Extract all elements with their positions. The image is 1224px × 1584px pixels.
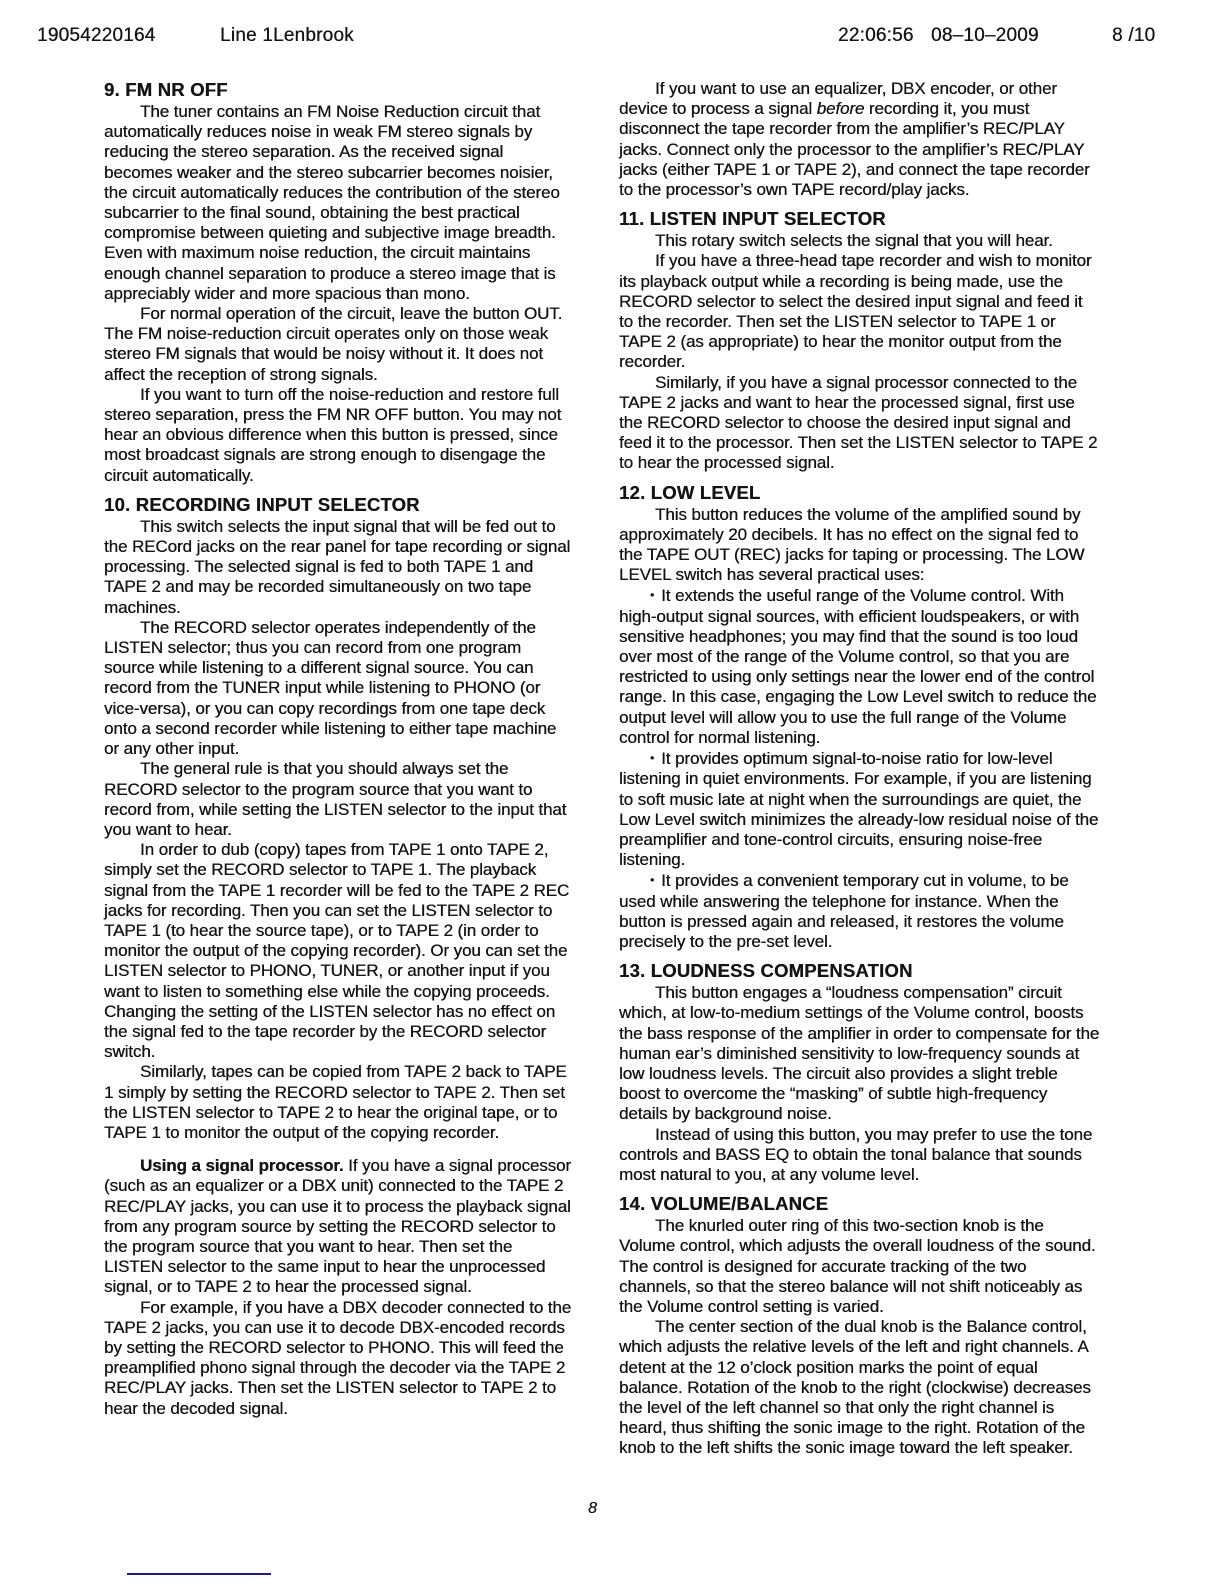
section-heading-12: 12. LOW LEVEL — [619, 482, 1100, 503]
bullet-icon: • — [650, 588, 654, 602]
paragraph: If you want to turn off the noise-reduct… — [104, 385, 575, 486]
timestamp-date: 08–10–2009 — [931, 25, 1039, 47]
bullet-text: It extends the useful range of the Volum… — [619, 586, 1096, 746]
paragraph: This switch selects the input signal tha… — [104, 517, 575, 618]
paragraph: For normal operation of the circuit, lea… — [104, 304, 575, 385]
bullet-icon: • — [650, 751, 654, 765]
paragraph: Similarly, if you have a signal processo… — [619, 373, 1100, 474]
paragraph: Similarly, tapes can be copied from TAPE… — [104, 1062, 575, 1143]
document-id: 19054220164 — [37, 25, 155, 47]
bullet-item: •It extends the useful range of the Volu… — [619, 585, 1100, 748]
paragraph: The RECORD selector operates independent… — [104, 618, 575, 759]
section-heading-13: 13. LOUDNESS COMPENSATION — [619, 960, 1100, 981]
page-number: 8 — [588, 1500, 597, 1518]
paragraph-equalizer: If you want to use an equalizer, DBX enc… — [619, 79, 1100, 200]
bullet-icon: • — [650, 873, 654, 887]
section-heading-11: 11. LISTEN INPUT SELECTOR — [619, 208, 1100, 229]
paragraph-text: If you have a signal processor (such as … — [104, 1156, 571, 1296]
italic-word: before — [817, 99, 865, 118]
manual-page: 19054220164 Line 1Lenbrook 22:06:56 08–1… — [0, 0, 1224, 1584]
bullet-text: It provides a convenient temporary cut i… — [619, 871, 1069, 951]
bullet-text: It provides optimum signal-to-noise rati… — [619, 749, 1098, 869]
section-heading-9: 9. FM NR OFF — [104, 79, 575, 100]
footer-rule — [127, 1573, 271, 1575]
paragraph: If you have a three-head tape recorder a… — [619, 251, 1100, 372]
paragraph: This button reduces the volume of the am… — [619, 505, 1100, 586]
paragraph: The tuner contains an FM Noise Reduction… — [104, 102, 575, 304]
right-column: If you want to use an equalizer, DBX enc… — [619, 79, 1100, 1459]
bullet-item: •It provides a convenient temporary cut … — [619, 870, 1100, 952]
section-heading-14: 14. VOLUME/BALANCE — [619, 1193, 1100, 1214]
section-heading-10: 10. RECORDING INPUT SELECTOR — [104, 494, 575, 515]
paragraph: Instead of using this button, you may pr… — [619, 1125, 1100, 1186]
line-label: Line 1Lenbrook — [220, 25, 354, 47]
left-column: 9. FM NR OFF The tuner contains an FM No… — [104, 79, 575, 1419]
paragraph: The knurled outer ring of this two-secti… — [619, 1216, 1100, 1317]
timestamp-time: 22:06:56 — [838, 25, 914, 47]
page-counter: 8 /10 — [1112, 25, 1155, 47]
paragraph: The center section of the dual knob is t… — [619, 1317, 1100, 1458]
paragraph: This button engages a “loudness compensa… — [619, 983, 1100, 1124]
paragraph: In order to dub (copy) tapes from TAPE 1… — [104, 840, 575, 1062]
bullet-item: •It provides optimum signal-to-noise rat… — [619, 748, 1100, 870]
paragraph-signal-processor: Using a signal processor. If you have a … — [104, 1156, 575, 1297]
paragraph: For example, if you have a DBX decoder c… — [104, 1298, 575, 1419]
paragraph: This rotary switch selects the signal th… — [619, 231, 1100, 251]
paragraph: The general rule is that you should alwa… — [104, 759, 575, 840]
paragraph-lead-bold: Using a signal processor. — [140, 1156, 343, 1175]
